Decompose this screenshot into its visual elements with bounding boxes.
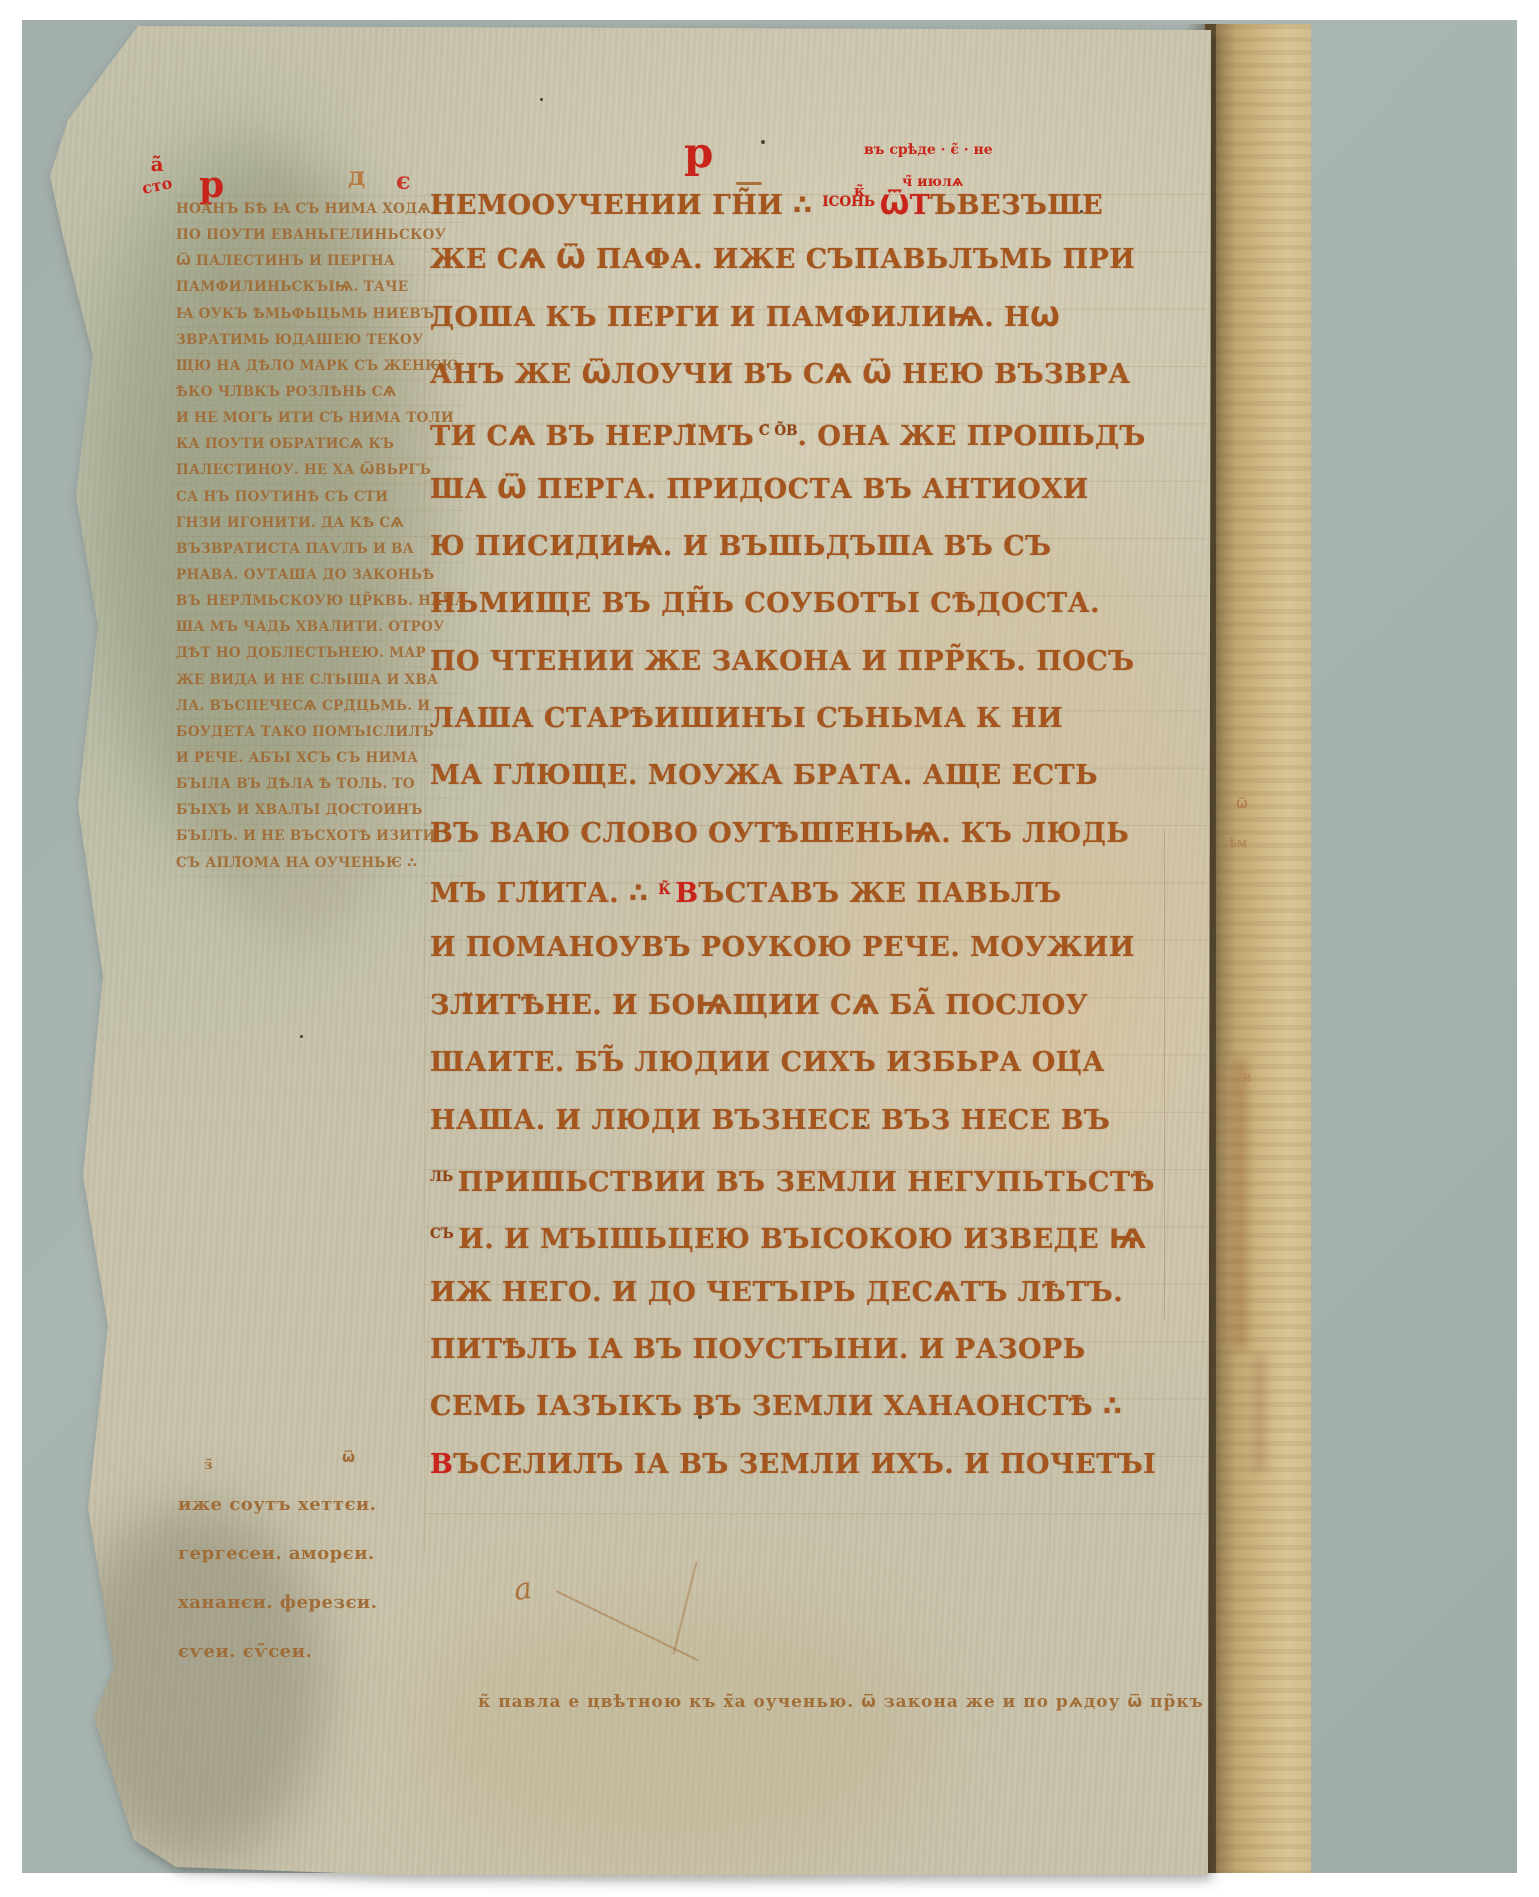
main-text-line: Въселилъ іа въ земли ихъ. и почетъі bbox=[430, 1436, 1220, 1493]
folio-edge-text-fragment: ѿ bbox=[1236, 796, 1248, 812]
text-run: и. и мъішьцею въісокою изведе ѩ bbox=[458, 1224, 1146, 1255]
folio-ink-smudge bbox=[1233, 1059, 1247, 1349]
folio-ink-smudge bbox=[1255, 1354, 1265, 1474]
quire-word: сто bbox=[140, 173, 174, 199]
text-run: и поманоувъ роукою рече. моужии bbox=[430, 932, 1135, 963]
text-run: иж него. и до четъірь десѧтъ лѣтъ. bbox=[430, 1277, 1123, 1308]
main-text-line: анъ же Ѿлоучи въ сѧ Ѿ нею възвра bbox=[430, 346, 1220, 403]
manuscript-photo: ѿ ѣм и а̃ сто р д bbox=[0, 0, 1539, 1897]
text-run: ісонь bbox=[822, 194, 879, 210]
next-folio-edge bbox=[1205, 24, 1311, 1873]
text-run: ъвезъше bbox=[930, 190, 1103, 221]
main-text-line: и поманоувъ роукою рече. моужии bbox=[430, 919, 1220, 976]
text-run: по чтении же закона и прр̃къ. посъ bbox=[430, 646, 1135, 677]
text-run: ль bbox=[430, 1169, 458, 1185]
footer-annotation: к̃ павла е цвѣтною къ х̃а оученью. ѿ зак… bbox=[478, 1692, 1178, 1712]
bottom-gloss-note: иже соутъ хеттєи.гергесеи. аморєи.хананє… bbox=[178, 1480, 478, 1676]
main-text-line: ю писидиѩ. и въшьдъша въ съ bbox=[430, 518, 1220, 575]
main-text-line: ти сѧ въ нерл̃мъ с̃ о̃в. она же прошьдъ bbox=[430, 403, 1220, 460]
rubric-letter-d: д bbox=[348, 162, 365, 192]
main-text-line: съ и. и мъішьцею въісокою изведе ѩ bbox=[430, 1206, 1220, 1263]
main-text-line: лаша старѣишинъі съньма к ни bbox=[430, 690, 1220, 747]
text-run: мъ гл̃ита. ∴ bbox=[430, 878, 658, 909]
text-run: с̃ о̃в bbox=[754, 423, 797, 439]
text-run: . она же прошьдъ bbox=[798, 422, 1146, 453]
main-text-line: доша къ перги и памфилиѩ. нѡ bbox=[430, 289, 1220, 346]
main-text-line: ма гл̃юще. моужа брата. аще есть bbox=[430, 747, 1220, 804]
bottom-gloss-line: гергесеи. аморєи. bbox=[178, 1529, 478, 1578]
text-run: доша къ перги и памфилиѩ. нѡ bbox=[430, 302, 1060, 333]
text-run: ти сѧ въ нерл̃мъ bbox=[430, 422, 754, 453]
bottom-gloss-line: єѵеи. єѵ̃сеи. bbox=[178, 1627, 478, 1676]
main-text-line: питѣлъ іа въ поустъіни. и разорь bbox=[430, 1321, 1220, 1378]
bottom-gloss-line: хананєи. ферезєи. bbox=[178, 1578, 478, 1627]
text-run: наша. и люди възнесе въз несе въ bbox=[430, 1105, 1110, 1136]
text-run: въ ваю слово оутѣшеньѩ. къ людь bbox=[430, 818, 1129, 849]
text-run: ъселилъ іа въ земли ихъ. и почетъі bbox=[453, 1449, 1156, 1480]
text-run: ма гл̃юще. моужа брата. аще есть bbox=[430, 760, 1098, 791]
rubric-initial: Ѿт bbox=[880, 190, 931, 221]
quire-mark: а̃ сто bbox=[142, 154, 172, 196]
rubric-initial: В bbox=[430, 1449, 453, 1480]
main-text-line: въ ваю слово оутѣшеньѩ. къ людь bbox=[430, 805, 1220, 862]
text-run: съ bbox=[430, 1226, 458, 1242]
main-text-line: ньмище въ дн̃ь соуботъі сѣдоста. bbox=[430, 575, 1220, 632]
folio-edge-streaks bbox=[1205, 24, 1311, 1873]
text-run: питѣлъ іа въ поустъіни. и разорь bbox=[430, 1334, 1086, 1365]
main-text-line: немооучении гн̃и ∴ ісонь Ѿтъвезъше bbox=[430, 174, 1220, 231]
text-run: анъ же Ѿлоучи въ сѧ Ѿ нею възвра bbox=[430, 359, 1131, 390]
text-run: лаша старѣишинъі съньма к ни bbox=[430, 703, 1063, 734]
text-run: немооучении гн̃и ∴ bbox=[430, 190, 822, 221]
text-run: к̃ bbox=[658, 882, 675, 898]
main-text-line: же сѧ Ѿ пафа. иже съпавьлъмь при bbox=[430, 231, 1220, 288]
parchment-page: а̃ сто р д є р въ срѣде · є̃ · не ч̃ июл… bbox=[36, 24, 1211, 1875]
calendar-note-line1: въ срѣде · є̃ · не bbox=[864, 142, 993, 158]
folio-edge-text-fragment: ѣм bbox=[1229, 836, 1247, 851]
ink-speck bbox=[761, 140, 765, 144]
rubric-letter-r-center: р bbox=[684, 128, 713, 177]
main-text-line: ль пришьствии въ земли негупьтьстѣ bbox=[430, 1149, 1220, 1206]
ink-speck bbox=[540, 98, 543, 101]
text-run: зл̃итѣне. и боѩщии сѧ ба̃ послоу bbox=[430, 990, 1088, 1021]
main-text-line: шаите. бъ̃ людии сихъ избьра оц̃а bbox=[430, 1034, 1220, 1091]
gloss-superscript: з̃ bbox=[204, 1458, 212, 1473]
main-text-line: мъ гл̃ита. ∴ к̃ Въставъ же павьлъ bbox=[430, 862, 1220, 919]
rubric-initial: В bbox=[675, 878, 698, 909]
main-text-line: ша Ѿ перга. придоста въ антиохи bbox=[430, 461, 1220, 518]
main-text-line: иж него. и до четъірь десѧтъ лѣтъ. bbox=[430, 1264, 1220, 1321]
text-run: ша Ѿ перга. придоста въ антиохи bbox=[430, 474, 1089, 505]
text-run: шаите. бъ̃ людии сихъ избьра оц̃а bbox=[430, 1047, 1105, 1078]
main-text-line: семь іазъікъ въ земли ханаонстѣ ∴ bbox=[430, 1378, 1220, 1435]
text-run: семь іазъікъ въ земли ханаонстѣ ∴ bbox=[430, 1391, 1122, 1422]
main-text-line: по чтении же закона и прр̃къ. посъ bbox=[430, 633, 1220, 690]
text-run: пришьствии въ земли негупьтьстѣ bbox=[458, 1167, 1155, 1198]
main-text-line: зл̃итѣне. и боѩщии сѧ ба̃ послоу bbox=[430, 977, 1220, 1034]
text-run: ньмище въ дн̃ь соуботъі сѣдоста. bbox=[430, 588, 1100, 619]
gloss-superscript: ѿ bbox=[342, 1448, 355, 1466]
text-run: ъставъ же павьлъ bbox=[699, 878, 1062, 909]
ink-speck bbox=[300, 1035, 303, 1038]
text-run: ю писидиѩ. и въшьдъша въ съ bbox=[430, 531, 1052, 562]
parchment-surface: а̃ сто р д є р въ срѣде · є̃ · не ч̃ июл… bbox=[36, 24, 1211, 1875]
main-text-column: немооучении гн̃и ∴ ісонь Ѿтъвезъшеже сѧ … bbox=[430, 174, 1220, 1493]
quire-letter: а̃ bbox=[142, 154, 172, 174]
text-run: же сѧ Ѿ пафа. иже съпавьлъмь при bbox=[430, 244, 1135, 275]
rubric-letter-e: є bbox=[396, 166, 411, 195]
main-text-line: наша. и люди възнесе въз несе въ bbox=[430, 1092, 1220, 1149]
bottom-gloss-line: иже соутъ хеттєи. bbox=[178, 1480, 478, 1529]
folio-edge-text-fragment: и bbox=[1243, 1070, 1252, 1085]
